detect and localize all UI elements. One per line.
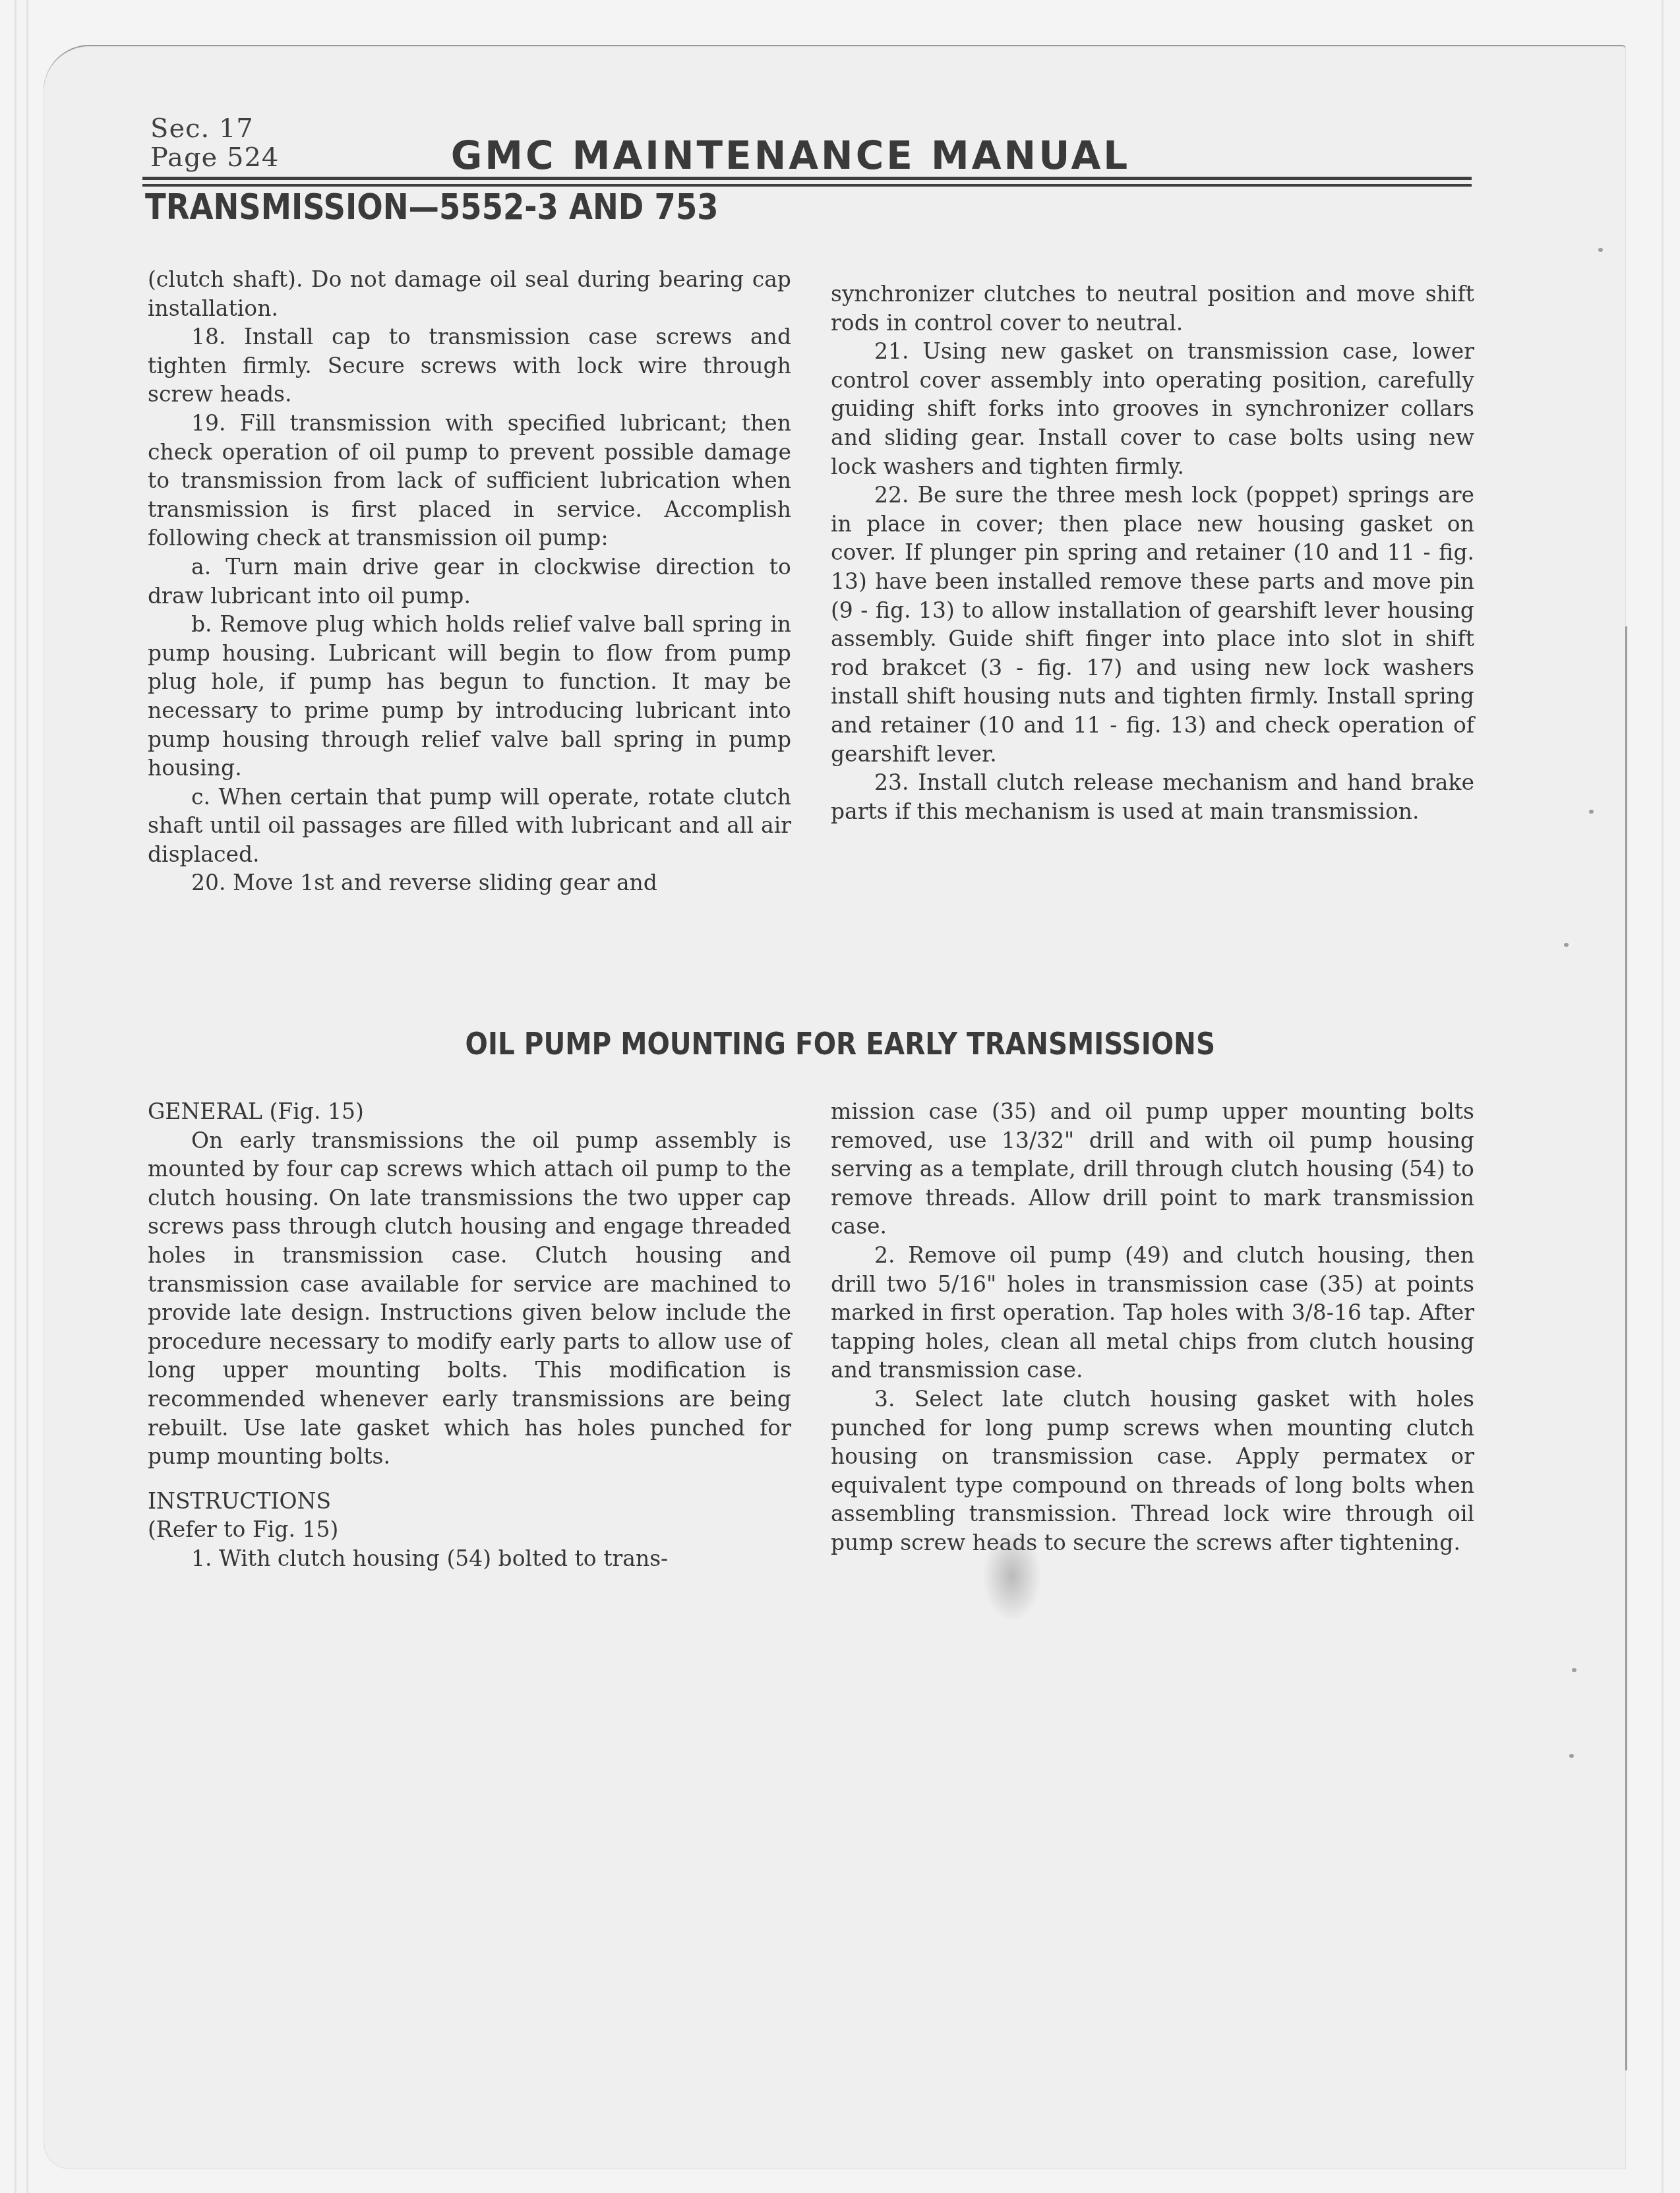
paragraph: a. Turn main drive gear in clockwise dir… bbox=[148, 553, 791, 610]
paragraph: 18. Install cap to transmission case scr… bbox=[148, 322, 791, 409]
paragraph: 21. Using new gasket on transmission cas… bbox=[831, 337, 1474, 481]
paragraph: 23. Install clutch release mechanism and… bbox=[831, 768, 1474, 826]
subheading: GENERAL (Fig. 15) bbox=[148, 1097, 791, 1126]
upper-left-column: (clutch shaft). Do not damage oil seal d… bbox=[148, 265, 791, 897]
subheading: INSTRUCTIONS bbox=[148, 1487, 791, 1516]
fingerprint-smudge bbox=[982, 1530, 1042, 1622]
page-edge bbox=[1625, 626, 1627, 2070]
header-rule-top bbox=[142, 177, 1472, 180]
subheading: (Refer to Fig. 15) bbox=[148, 1515, 791, 1544]
manual-title: GMC MAINTENANCE MANUAL bbox=[0, 133, 1680, 178]
paragraph: synchronizer clutches to neutral positio… bbox=[831, 280, 1474, 337]
chapter-title: TRANSMISSION—5552-3 AND 753 bbox=[145, 186, 719, 227]
speck bbox=[1564, 943, 1569, 947]
speck bbox=[1569, 1754, 1574, 1758]
paragraph: 1. With clutch housing (54) bolted to tr… bbox=[148, 1544, 791, 1573]
paragraph: 3. Select late clutch housing gasket wit… bbox=[831, 1385, 1474, 1557]
paragraph: mission case (35) and oil pump upper mou… bbox=[831, 1097, 1474, 1241]
scan-artifact bbox=[26, 0, 28, 2193]
lower-right-column: mission case (35) and oil pump upper mou… bbox=[831, 1097, 1474, 1557]
upper-right-column: synchronizer clutches to neutral positio… bbox=[831, 280, 1474, 826]
scan-artifact bbox=[15, 0, 16, 2193]
speck bbox=[1598, 248, 1603, 252]
paragraph: c. When certain that pump will operate, … bbox=[148, 783, 791, 869]
paragraph: (clutch shaft). Do not damage oil seal d… bbox=[148, 265, 791, 322]
scan-artifact bbox=[1662, 0, 1664, 2193]
paragraph: On early transmissions the oil pump asse… bbox=[148, 1126, 791, 1471]
paragraph: 22. Be sure the three mesh lock (poppet)… bbox=[831, 481, 1474, 768]
paragraph: 20. Move 1st and reverse sliding gear an… bbox=[148, 868, 791, 897]
paragraph: 19. Fill transmission with specified lub… bbox=[148, 409, 791, 553]
section-heading: OIL PUMP MOUNTING FOR EARLY TRANSMISSION… bbox=[0, 1026, 1680, 1062]
lower-left-column: GENERAL (Fig. 15)On early transmissions … bbox=[148, 1097, 791, 1573]
speck bbox=[1572, 1668, 1576, 1672]
paragraph: b. Remove plug which holds relief valve … bbox=[148, 610, 791, 783]
paragraph: 2. Remove oil pump (49) and clutch housi… bbox=[831, 1241, 1474, 1385]
speck bbox=[1589, 810, 1594, 814]
